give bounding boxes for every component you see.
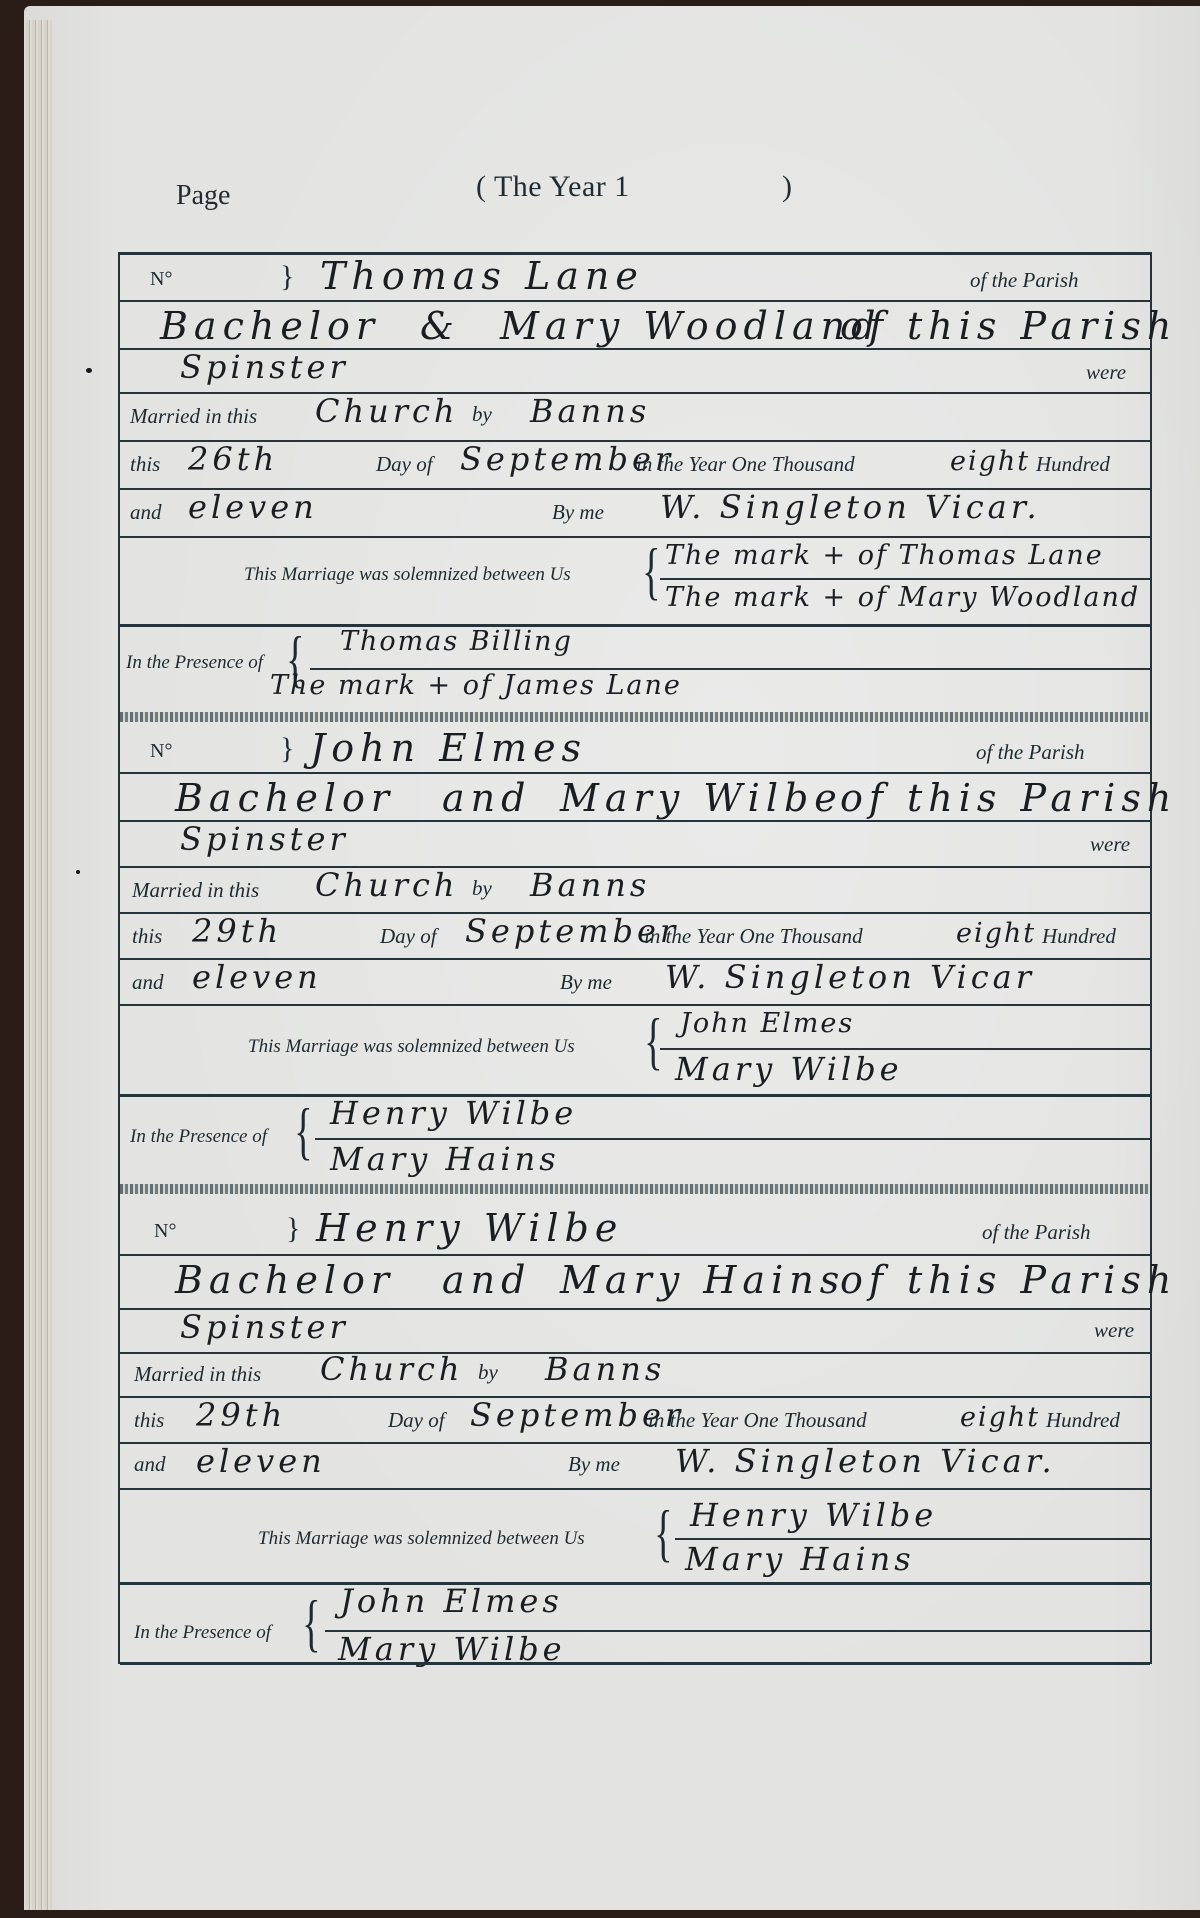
- year-label: ( The Year 1: [476, 170, 630, 203]
- of-the-parish-label: of the Parish: [970, 268, 1079, 293]
- of-the-parish-label: of the Parish: [976, 740, 1085, 765]
- hundred-label: Hundred: [1036, 452, 1110, 477]
- bride-name: Mary Woodland: [500, 304, 881, 348]
- margin-mark: [76, 870, 80, 874]
- brace-icon: }: [280, 732, 294, 766]
- signature-bride: Mary Wilbe: [675, 1050, 903, 1088]
- century-word: eight: [950, 446, 1030, 477]
- method: Banns: [530, 392, 650, 430]
- place: Church: [320, 1350, 464, 1388]
- year-word: eleven: [192, 958, 322, 996]
- this-label: this: [130, 452, 160, 477]
- groom-status: Bachelor: [175, 1258, 395, 1302]
- number-label: N°: [154, 1220, 176, 1243]
- presence-label: In the Presence of: [130, 1126, 267, 1148]
- number-label: N°: [150, 268, 172, 291]
- method: Banns: [530, 866, 650, 904]
- method: Banns: [545, 1350, 665, 1388]
- presence-label: In the Presence of: [126, 652, 263, 674]
- officiant: W. Singleton Vicar.: [660, 488, 1041, 526]
- signature-bride: The mark + of Mary Woodland: [665, 582, 1140, 613]
- day: 26th: [188, 440, 278, 478]
- signature-groom: Henry Wilbe: [690, 1496, 937, 1534]
- place: Church: [315, 866, 459, 904]
- officiant: W. Singleton Vicar.: [675, 1442, 1056, 1480]
- solemnized-label: This Marriage was solemnized between Us: [248, 1036, 575, 1058]
- brace-icon: }: [286, 1212, 300, 1246]
- married-in-this-label: Married in this: [134, 1362, 261, 1387]
- year-word: eleven: [196, 1442, 326, 1480]
- bride-status: Spinster: [180, 820, 349, 858]
- hundred-label: Hundred: [1042, 924, 1116, 949]
- page-label: Page: [176, 180, 230, 212]
- witness-2: The mark + of James Lane: [270, 670, 682, 701]
- place: Church: [315, 392, 459, 430]
- witness-1: Thomas Billing: [340, 626, 573, 657]
- in-the-year-label: in the Year One Thousand: [648, 1408, 867, 1433]
- by-me-label: By me: [560, 970, 612, 995]
- day-of-label: Day of: [388, 1408, 445, 1433]
- page-edges: [26, 20, 52, 1910]
- year-word: eleven: [188, 488, 318, 526]
- and-label: and: [132, 970, 164, 995]
- by-label: by: [472, 876, 492, 901]
- groom-name: John Elmes: [310, 726, 587, 770]
- by-label: by: [472, 402, 492, 427]
- signature-bride: Mary Hains: [685, 1540, 915, 1578]
- day-of-label: Day of: [380, 924, 437, 949]
- record-divider: [120, 712, 1150, 722]
- bride-parish: of this Parish: [840, 776, 1177, 820]
- this-label: this: [132, 924, 162, 949]
- brace-icon: {: [302, 1586, 320, 1660]
- witness-1: John Elmes: [340, 1582, 563, 1620]
- century-word: eight: [956, 918, 1036, 949]
- this-label: this: [134, 1408, 164, 1433]
- century-word: eight: [960, 1402, 1040, 1433]
- and-label: and: [130, 500, 162, 525]
- groom-name: Thomas Lane: [320, 254, 644, 298]
- married-in-this-label: Married in this: [132, 878, 259, 903]
- day-of-label: Day of: [376, 452, 433, 477]
- brace-icon: {: [654, 1496, 672, 1570]
- number-label: N°: [150, 740, 172, 763]
- in-the-year-label: in the Year One Thousand: [644, 924, 863, 949]
- brace-icon: {: [294, 1094, 312, 1168]
- by-label: by: [478, 1360, 498, 1385]
- of-the-parish-label: of the Parish: [982, 1220, 1091, 1245]
- year-close-paren: ): [782, 170, 793, 204]
- day: 29th: [192, 912, 282, 950]
- bride-status: Spinster: [180, 348, 349, 386]
- groom-name: Henry Wilbe: [316, 1206, 623, 1250]
- groom-status: Bachelor: [175, 776, 395, 820]
- by-me-label: By me: [552, 500, 604, 525]
- hundred-label: Hundred: [1046, 1408, 1120, 1433]
- marriage-register-table: N° } Thomas Lane of the Parish Bachelor …: [118, 252, 1152, 1664]
- conjunction: &: [420, 304, 460, 348]
- bride-name: Mary Wilbe: [560, 776, 843, 820]
- bride-parish: of this Parish: [840, 304, 1177, 348]
- margin-mark: [86, 368, 92, 373]
- brace-icon: {: [644, 1004, 662, 1078]
- by-me-label: By me: [568, 1452, 620, 1477]
- groom-status: Bachelor: [160, 304, 380, 348]
- were-label: were: [1086, 360, 1126, 385]
- and-label: and: [134, 1452, 166, 1477]
- presence-label: In the Presence of: [134, 1622, 271, 1644]
- brace-icon: }: [280, 260, 294, 294]
- officiant: W. Singleton Vicar: [665, 958, 1035, 996]
- conjunction: and: [442, 776, 531, 820]
- bride-parish: of this Parish: [840, 1258, 1177, 1302]
- signature-groom: The mark + of Thomas Lane: [665, 540, 1104, 571]
- year-heading: ( The Year 1 ): [476, 170, 630, 204]
- solemnized-label: This Marriage was solemnized between Us: [244, 564, 571, 586]
- conjunction: and: [442, 1258, 531, 1302]
- solemnized-label: This Marriage was solemnized between Us: [258, 1528, 585, 1550]
- witness-1: Henry Wilbe: [330, 1094, 577, 1132]
- married-in-this-label: Married in this: [130, 404, 257, 429]
- witness-2: Mary Hains: [330, 1140, 560, 1178]
- bride-status: Spinster: [180, 1308, 349, 1346]
- record-divider: [120, 1184, 1150, 1194]
- were-label: were: [1094, 1318, 1134, 1343]
- in-the-year-label: in the Year One Thousand: [636, 452, 855, 477]
- brace-icon: {: [642, 534, 660, 608]
- bride-name: Mary Hains: [560, 1258, 845, 1302]
- were-label: were: [1090, 832, 1130, 857]
- signature-groom: John Elmes: [680, 1008, 854, 1039]
- day: 29th: [196, 1396, 286, 1434]
